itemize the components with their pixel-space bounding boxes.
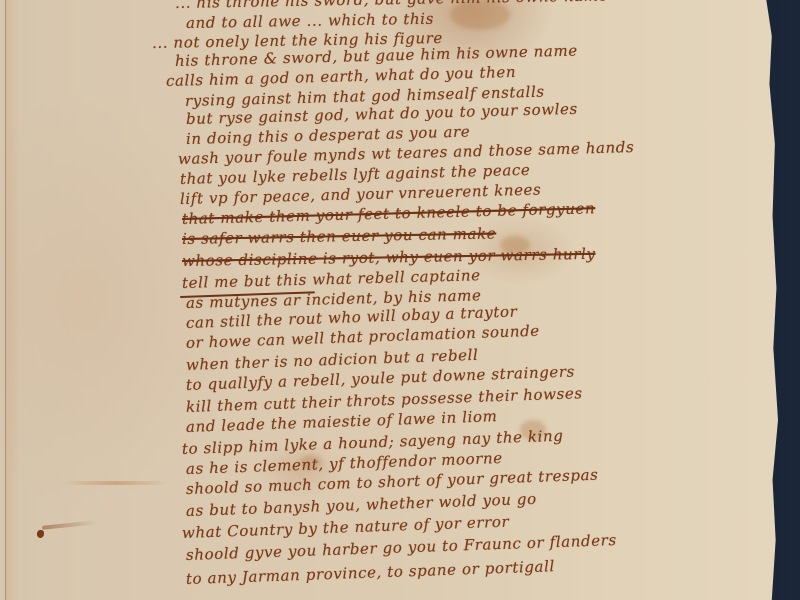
ink-smear xyxy=(42,520,97,530)
page-fold-shade xyxy=(6,0,20,600)
manuscript-page: ... his throne his sword, but gave him h… xyxy=(0,0,778,600)
struck-manuscript-line: whose discipline is ryot, why euen yor w… xyxy=(182,245,596,270)
manuscript-line: and to all awe ... which to this xyxy=(186,10,434,32)
paper-crease xyxy=(60,481,170,485)
struck-manuscript-line: is safer warrs then euer you can make xyxy=(182,225,497,248)
ink-blot xyxy=(37,530,44,538)
